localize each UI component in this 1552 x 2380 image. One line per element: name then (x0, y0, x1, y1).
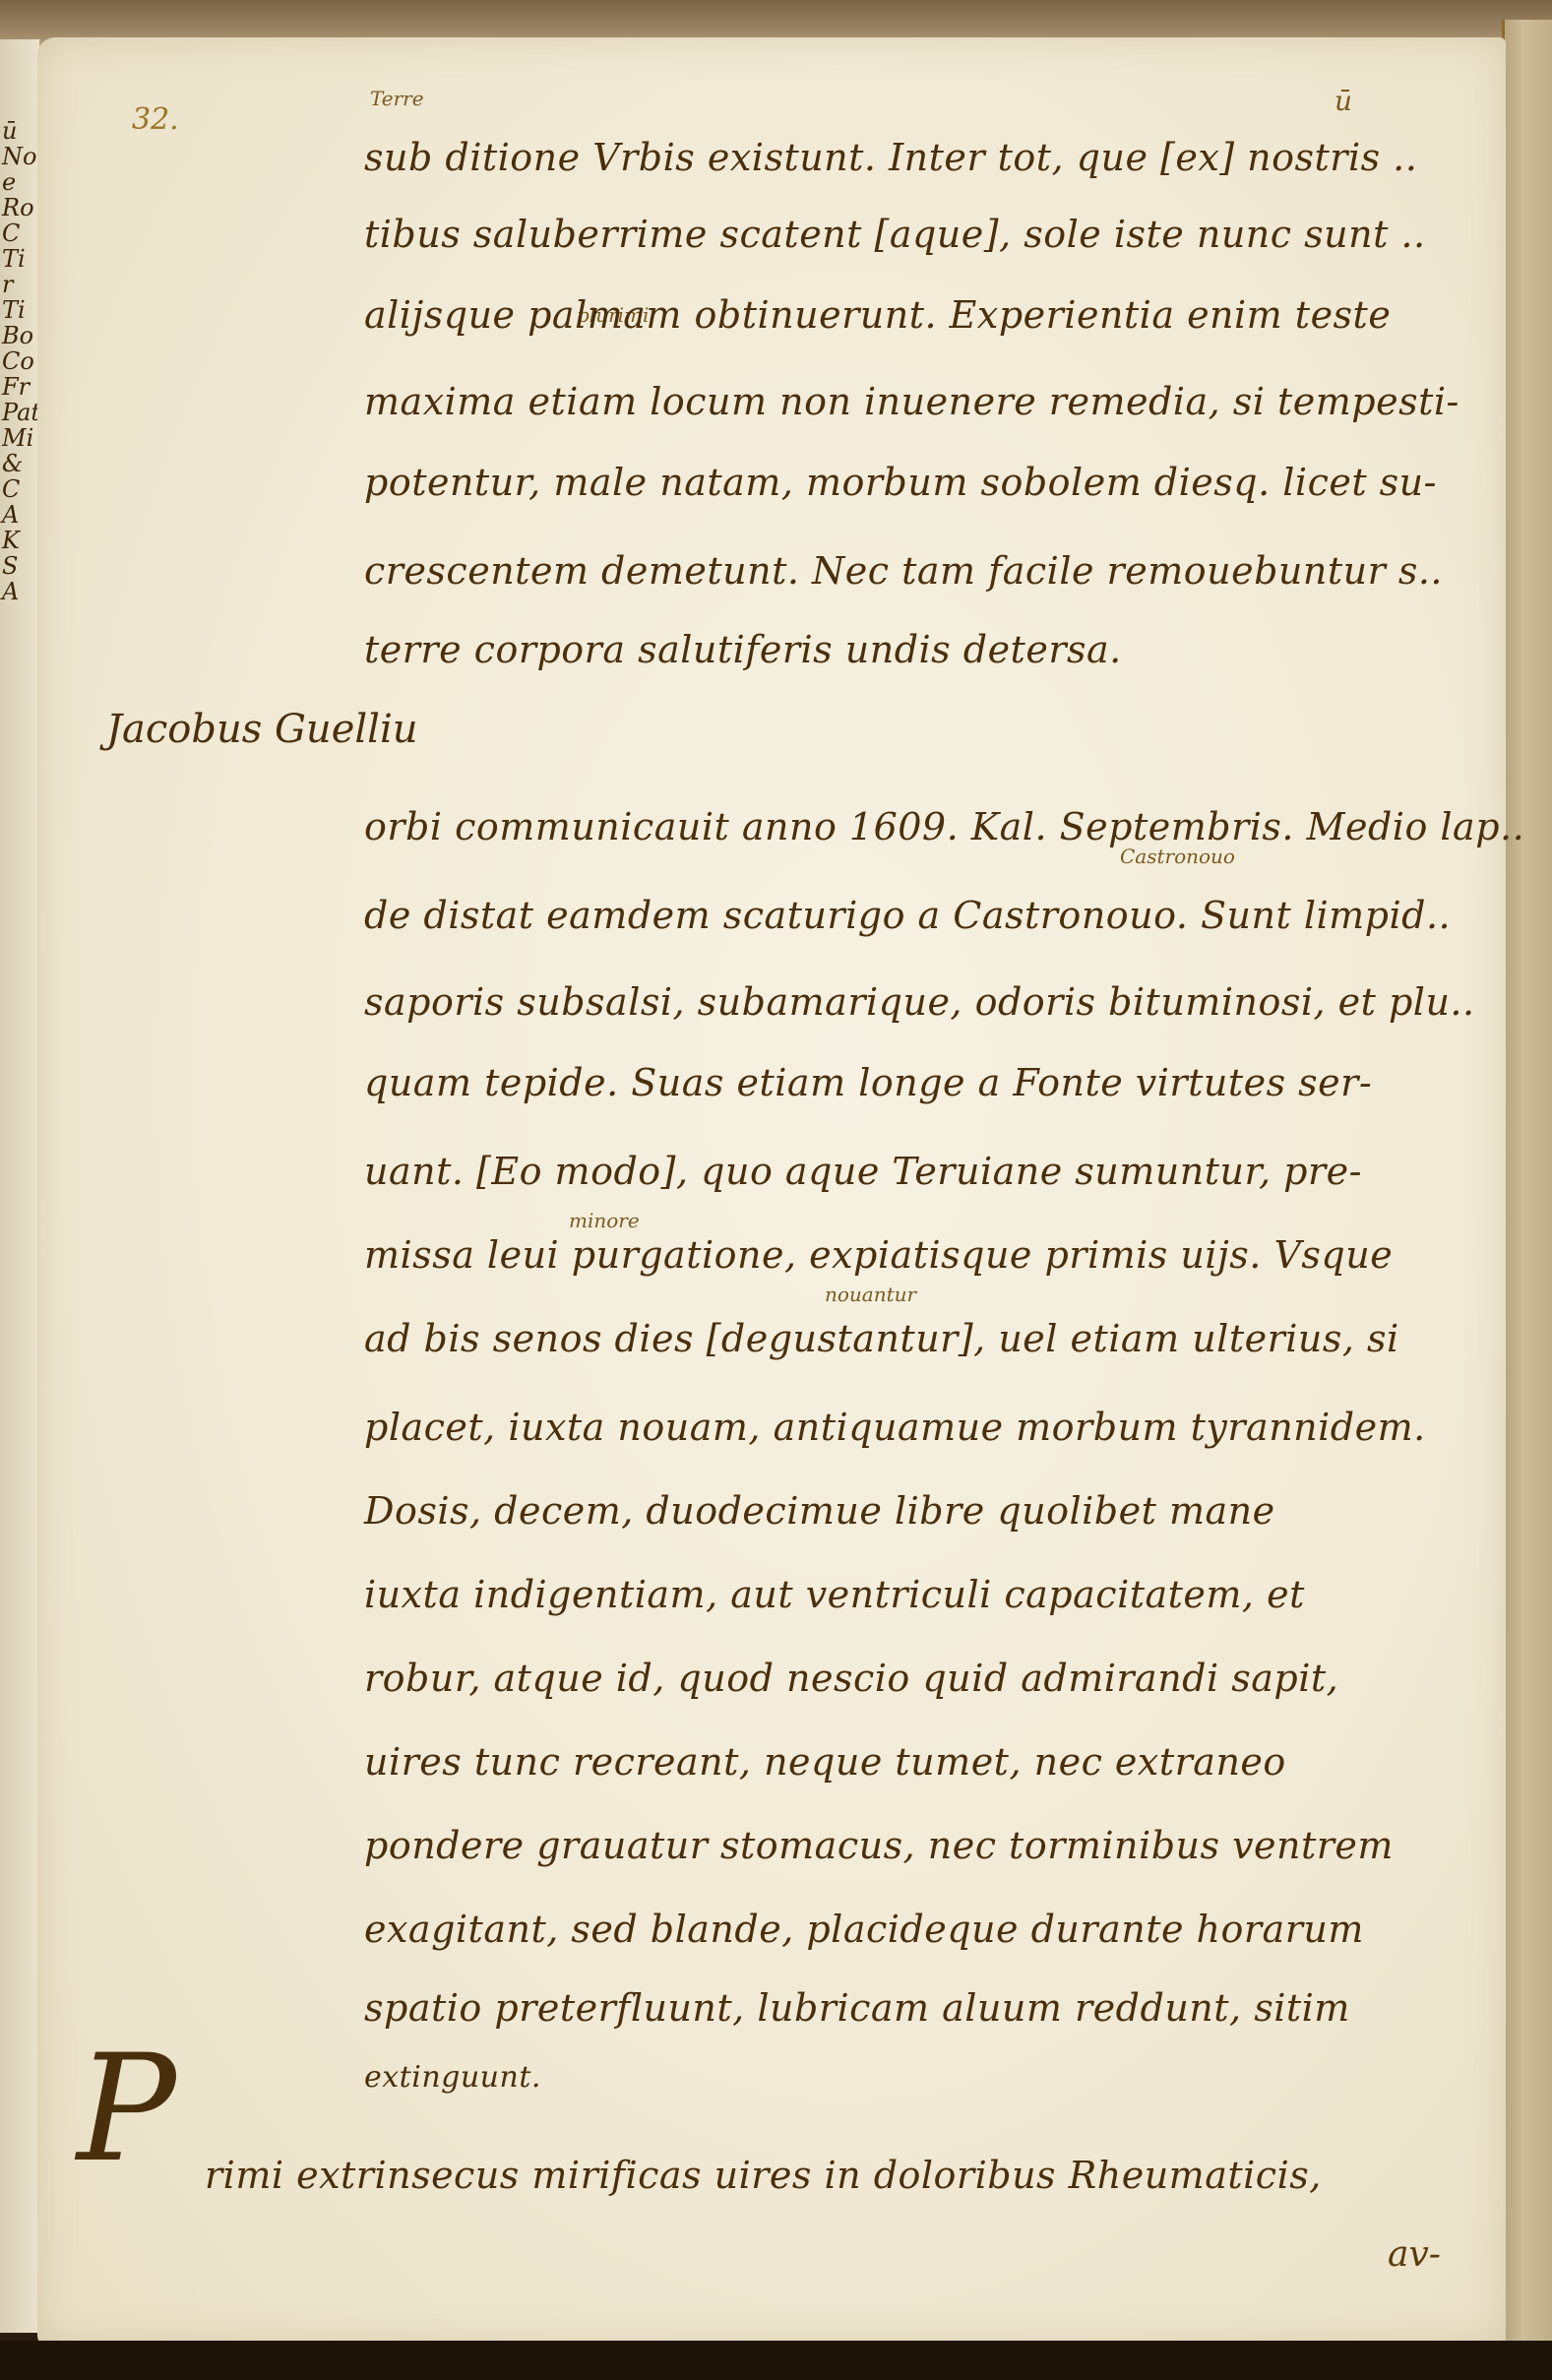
text-line: potentur, male natam, morbum sobolem die… (364, 461, 1437, 504)
next-leaf-edge (1502, 20, 1552, 2380)
text-line: Dosis, decem, duodecimue libre quolibet … (364, 1489, 1275, 1533)
final-paragraph-line: rimi extrinsecus mirificas uires in dolo… (205, 2154, 1322, 2197)
margin-fragment: Ti (2, 246, 35, 272)
text-line: pondere grauatur stomacus, nec torminibu… (364, 1824, 1394, 1867)
text-line: quam tepide. Suas etiam longe a Fonte vi… (364, 1061, 1372, 1104)
margin-fragment: A (2, 502, 35, 528)
interlinear-note: minore (569, 1209, 640, 1232)
interlinear-note: ū (1335, 85, 1352, 117)
margin-fragment: Co (2, 348, 35, 374)
text-line: crescentem demetunt. Nec tam facile remo… (364, 549, 1443, 593)
text-line: sub ditione Vrbis existunt. Inter tot, q… (364, 136, 1417, 179)
catchword: av- (1388, 2234, 1441, 2275)
text-line: robur, atque id, quod nescio quid admira… (364, 1657, 1338, 1700)
margin-fragment: K (2, 528, 35, 553)
text-line: placet, iuxta nouam, antiquamue morbum t… (364, 1406, 1426, 1449)
text-line: uires tunc recreant, neque tumet, nec ex… (364, 1740, 1286, 1784)
manuscript-page: 32. Terre ū plurimi Castronouo minore no… (37, 37, 1506, 2346)
margin-fragment: & (2, 451, 35, 476)
text-line: iuxta indigentiam, aut ventriculi capaci… (364, 1573, 1305, 1616)
margin-fragment: C (2, 476, 35, 502)
folio-number: 32. (132, 102, 179, 137)
text-line: extinguunt. (364, 2060, 541, 2095)
margin-fragment: Fr (2, 374, 35, 400)
margin-fragment: S (2, 553, 35, 579)
margin-fragment: Mi (2, 425, 35, 451)
margin-fragment: ū (2, 118, 35, 144)
text-line: terre corpora salutiferis undis detersa. (364, 628, 1122, 671)
text-line: maxima etiam locum non inuenere remedia,… (364, 380, 1459, 423)
text-line: exagitant, sed blande, placideque durant… (364, 1908, 1364, 1951)
text-line: missa leui purgatione, expiatisque primi… (364, 1233, 1393, 1277)
margin-fragment: Ti (2, 297, 35, 323)
text-line: de distat eamdem scaturigo a Castronouo.… (364, 894, 1451, 937)
text-line: tibus saluberrime scatent [aque], sole i… (364, 213, 1426, 256)
text-line: uant. [Eo modo], quo aque Teruiane sumun… (364, 1150, 1362, 1193)
text-line: spatio preterfluunt, lubricam aluum redd… (364, 1986, 1350, 2030)
margin-fragment: Pat (2, 400, 35, 425)
interlinear-note: nouantur (825, 1283, 916, 1306)
margin-fragment: e (2, 169, 35, 195)
margin-fragment: Ro (2, 195, 35, 220)
margin-fragment: No (2, 144, 35, 169)
interlinear-note: Terre (370, 87, 424, 110)
text-line: ad bis senos dies [degustantur], uel eti… (364, 1317, 1399, 1360)
text-line: saporis subsalsi, subamarique, odoris bi… (364, 980, 1475, 1024)
margin-fragment: C (2, 220, 35, 246)
margin-fragment: r (2, 272, 35, 297)
book-bottom-edge (0, 2341, 1552, 2380)
margin-fragment: Bo (2, 323, 35, 348)
text-line: orbi communicauit anno 1609. Kal. Septem… (364, 805, 1524, 848)
left-margin-fragments: ū No e Ro C Ti r Ti Bo Co Fr Pat Mi & C … (2, 118, 35, 604)
margin-fragment: A (2, 579, 35, 604)
text-line: alijsque palmam obtinuerunt. Experientia… (364, 293, 1391, 337)
decorated-initial: P (77, 2036, 176, 2183)
